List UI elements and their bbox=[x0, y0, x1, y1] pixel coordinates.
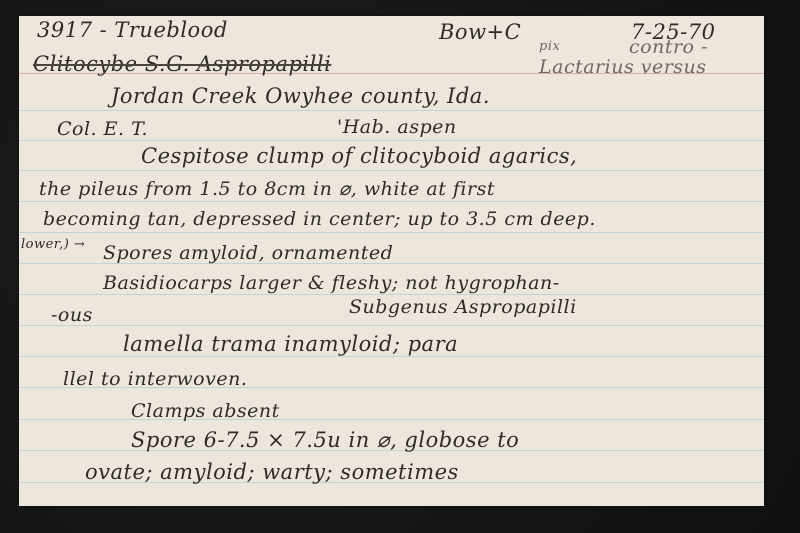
description-line-2: the pileus from 1.5 to 8cm in ⌀, white a… bbox=[39, 180, 495, 199]
ruled-line bbox=[19, 110, 764, 111]
ruled-line bbox=[19, 325, 764, 326]
ruled-line bbox=[19, 294, 764, 295]
description-line-9: Clamps absent bbox=[131, 402, 280, 421]
ruled-line bbox=[19, 140, 764, 141]
description-line-8: llel to interwoven. bbox=[63, 370, 247, 389]
ruled-line bbox=[19, 170, 764, 171]
description-line-4: Spores amyloid, ornamented bbox=[103, 244, 393, 263]
herbarium-code: Bow+C bbox=[439, 22, 521, 43]
ruled-line bbox=[19, 232, 764, 233]
description-line-1: Cespitose clump of clitocyboid agarics, bbox=[141, 146, 577, 167]
description-line-6a: -ous bbox=[51, 306, 93, 325]
description-line-5: Basidiocarps larger & fleshy; not hygrop… bbox=[103, 274, 560, 293]
description-line-7: lamella trama inamyloid; para bbox=[123, 334, 458, 355]
collector-line: Col. E. T. bbox=[57, 120, 148, 139]
description-line-6b: Subgenus Aspropapilli bbox=[349, 298, 577, 317]
index-card: 3917 - Trueblood Bow+C 7-25-70 pix contr… bbox=[19, 16, 764, 506]
locality-line: Jordan Creek Owyhee county, Ida. bbox=[111, 86, 490, 107]
struck-original-name: Clitocybe S.G. Aspropapilli bbox=[33, 54, 331, 75]
description-line-11: ovate; amyloid; warty; sometimes bbox=[85, 462, 459, 483]
description-line-3: becoming tan, depressed in center; up to… bbox=[43, 210, 596, 229]
margin-note: lower,) → bbox=[21, 238, 85, 251]
habitat-line: 'Hab. aspen bbox=[337, 118, 457, 137]
annotation-contro: contro - bbox=[629, 38, 708, 57]
ruled-line bbox=[19, 356, 764, 357]
annotation-pix: pix bbox=[539, 40, 560, 53]
collection-number: 3917 - Trueblood bbox=[37, 20, 228, 41]
revised-name: Lactarius versus bbox=[539, 58, 707, 77]
description-line-10: Spore 6-7.5 × 7.5u in ⌀, globose to bbox=[131, 430, 519, 451]
ruled-line bbox=[19, 201, 764, 202]
